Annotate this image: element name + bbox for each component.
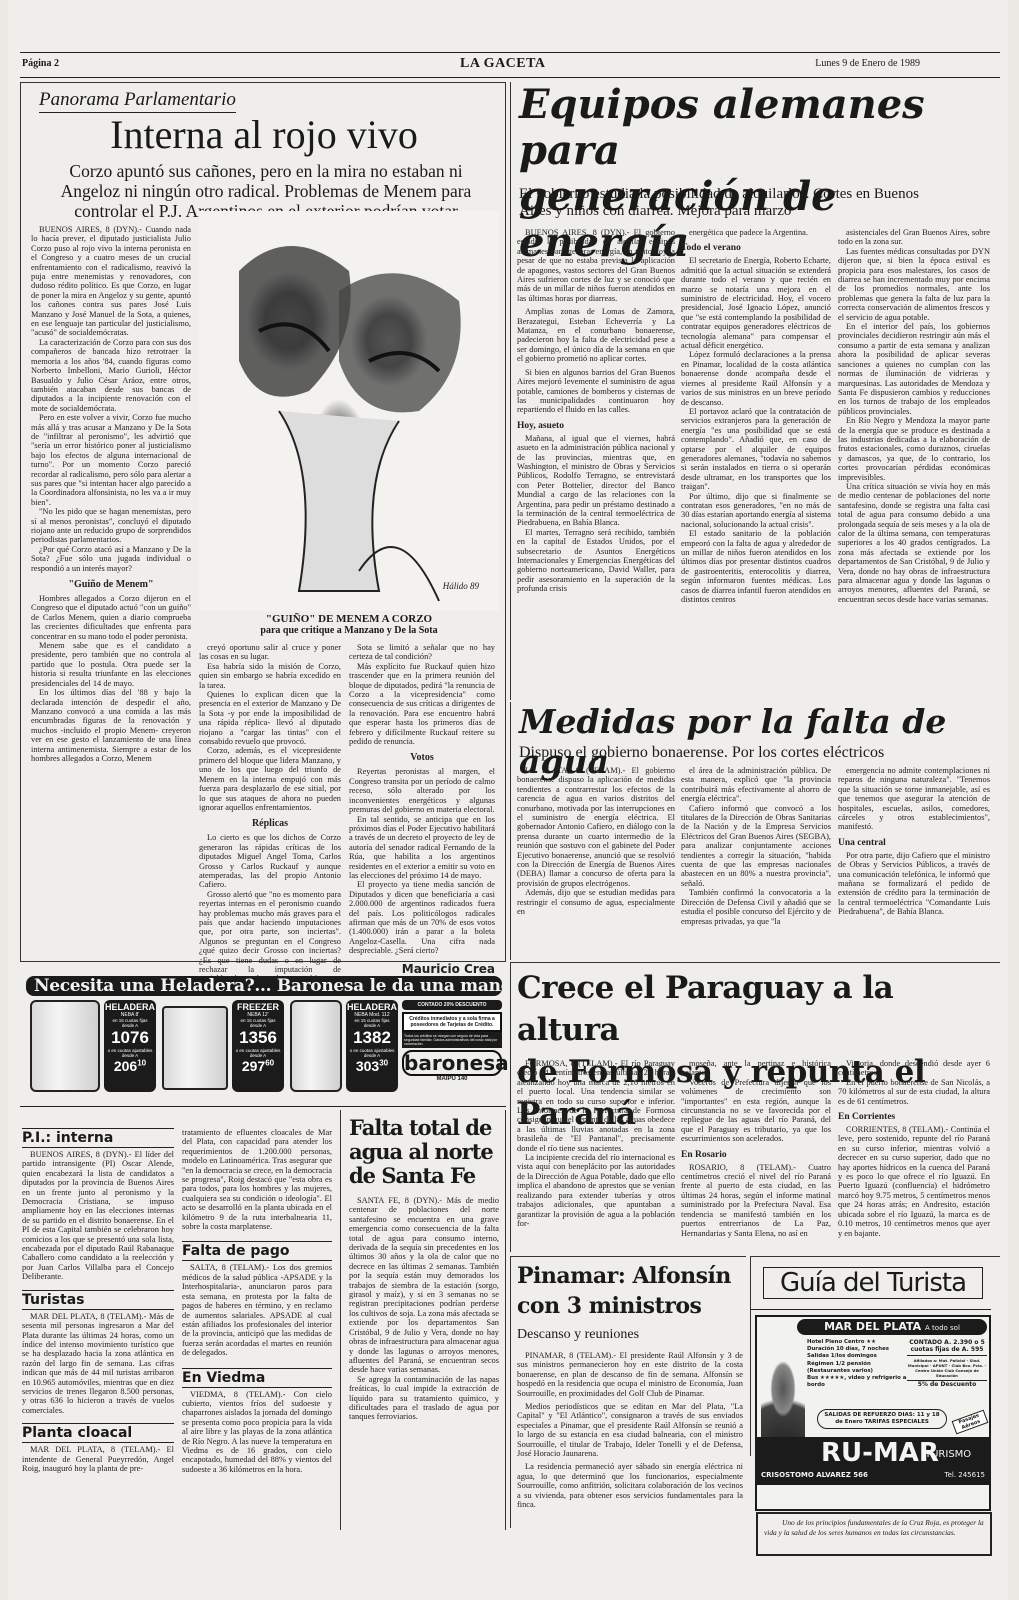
- section-label: Panorama Parlamentario: [39, 89, 236, 113]
- brief-title: Planta cloacal: [22, 1423, 174, 1443]
- paraguay-col3: Victoria, donde descendió desde ayer 6 c…: [838, 1059, 990, 1238]
- medidas-col2: el área de la administración pública. De…: [681, 766, 831, 926]
- brief-column-2: tratamiento de efluentes cloacales de Ma…: [182, 1128, 332, 1474]
- ad-baronesa: Necesita una Heladera?... Baronesa le da…: [22, 972, 506, 1098]
- price-box-heladera-1: HELADERA NEBA 8' en 15 cuotas fijas desd…: [104, 1000, 156, 1092]
- article-deck: Dispuso el gobierno bonaerense. Por los …: [519, 744, 884, 762]
- equipos-col3: asistenciales del Gran Buenos Aires, sob…: [838, 228, 990, 604]
- panorama-col1: BUENOS AIRES, 8 (DYN).- Cuando nada lo h…: [31, 225, 191, 763]
- guia-turista: Guía del Turista MAR DEL PLATA A todo so…: [750, 1256, 1000, 1456]
- freezer-image: [162, 1006, 228, 1090]
- article-deck: Descanso y reuniones: [517, 1327, 639, 1343]
- article-pinamar: Pinamar: Alfonsín con 3 ministros Descan…: [510, 1256, 746, 1528]
- panorama-col2: creyó oportuno salir al cruce y poner la…: [199, 643, 341, 993]
- caricature-caption: "GUIÑO" DE MENEM A CORZO para que critiq…: [199, 613, 499, 636]
- page-number: Página 2: [22, 58, 59, 69]
- article-paraguay: Crece el Paraguay a la altura de Formosa…: [510, 962, 1000, 1252]
- subhead: Una central: [838, 838, 990, 848]
- price-box-heladera-2: HELADERA NEBA Mod. 112 en 15 cuotas fija…: [346, 1000, 398, 1092]
- article-title: Interna al rojo vivo: [21, 113, 507, 157]
- subhead: Hoy, asueto: [517, 421, 675, 431]
- masthead: Página 2 LA GACETA Lunes 9 de Enero de 1…: [20, 52, 1000, 78]
- newspaper-page: Página 2 LA GACETA Lunes 9 de Enero de 1…: [8, 0, 1008, 1600]
- brief-title: Falta de pago: [182, 1241, 332, 1261]
- artist-signature: Hálido 89: [443, 581, 479, 591]
- article-santa-fe: Falta total de agua al norte de Santa Fe…: [340, 1110, 506, 1530]
- medidas-col3: emergencia no admite contemplaciones ni …: [838, 766, 990, 917]
- pinamar-text: PINAMAR, 8 (TELAM).- El presidente Raúl …: [517, 1351, 743, 1510]
- medidas-col1: LA PLATA, 8 (TELAM).- El gobierno bonaer…: [517, 766, 675, 917]
- ad-banner: Necesita una Heladera?... Baronesa le da…: [26, 976, 502, 996]
- credit-panel: CONTADO 20% DESCUENTO Créditos inmediato…: [402, 1000, 502, 1092]
- brief-pi-interna: P.I.: interna BUENOS AIRES, 8 (DYN).- El…: [22, 1128, 174, 1473]
- subhead: En Rosario: [681, 1150, 831, 1160]
- paraguay-col2: moseña, ante la pertinaz e histórica baj…: [681, 1059, 831, 1238]
- paper-name: LA GACETA: [460, 56, 546, 72]
- article-title: Pinamar: Alfonsín con 3 ministros: [517, 1261, 731, 1321]
- equipos-col2: energética que padece la Argentina. Todo…: [681, 228, 831, 604]
- tour-features: Hotel Pleno Centro ★★ Duración 10 días, …: [807, 1339, 907, 1389]
- fridge-open-image: [290, 1000, 342, 1092]
- subhead: "Guiño de Menem": [31, 579, 191, 590]
- subhead: En Corrientes: [838, 1112, 990, 1122]
- brief-title: Turistas: [22, 1290, 174, 1310]
- paraguay-col1: FORMOSA, 8 (TELAM).- El río Paraguay cre…: [517, 1059, 675, 1228]
- panorama-col3: Sota se limitó a señalar que no hay cert…: [349, 643, 495, 976]
- price-box-freezer: FREEZER NEBA 12' en 15 cuotas fijas desd…: [232, 1000, 284, 1092]
- subhead: Todo el verano: [681, 243, 831, 253]
- brand-logo: baronesa: [402, 1050, 502, 1076]
- caricature-image: Hálido 89: [199, 211, 499, 611]
- subhead: Votos: [349, 752, 495, 763]
- section-title: Guía del Turista: [763, 1267, 983, 1299]
- brief-title: En Viedma: [182, 1368, 332, 1388]
- brief-title: P.I.: interna: [22, 1128, 174, 1148]
- article-title: Falta total de agua al norte de Santa Fe: [349, 1116, 499, 1188]
- article-medidas: Medidas por la falta de agua Dispuso el …: [510, 702, 1000, 960]
- subhead: Réplicas: [199, 818, 341, 829]
- rumar-logo: RU-MAR TURISMO CRISOSTOMO ALVAREZ 566 Te…: [757, 1437, 989, 1485]
- ad-rumar: MAR DEL PLATA A todo sol Hotel Pleno Cen…: [755, 1315, 991, 1511]
- caricature-drawing-icon: [199, 211, 499, 611]
- equipos-col1: BUENOS AIRES, 8 (DYN).- El gobierno estu…: [517, 228, 675, 594]
- issue-date: Lunes 9 de Enero de 1989: [815, 58, 920, 69]
- fridge-image: [30, 1000, 100, 1092]
- article-equipos: Equipos alemanes para generación de ener…: [510, 82, 1000, 700]
- article-deck: El gobierno estudia la posibilidad de al…: [519, 186, 949, 220]
- article-panorama: Panorama Parlamentario Interna al rojo v…: [20, 82, 506, 962]
- cruz-roja-notice: Uno de los principios fundamentales de l…: [756, 1512, 992, 1556]
